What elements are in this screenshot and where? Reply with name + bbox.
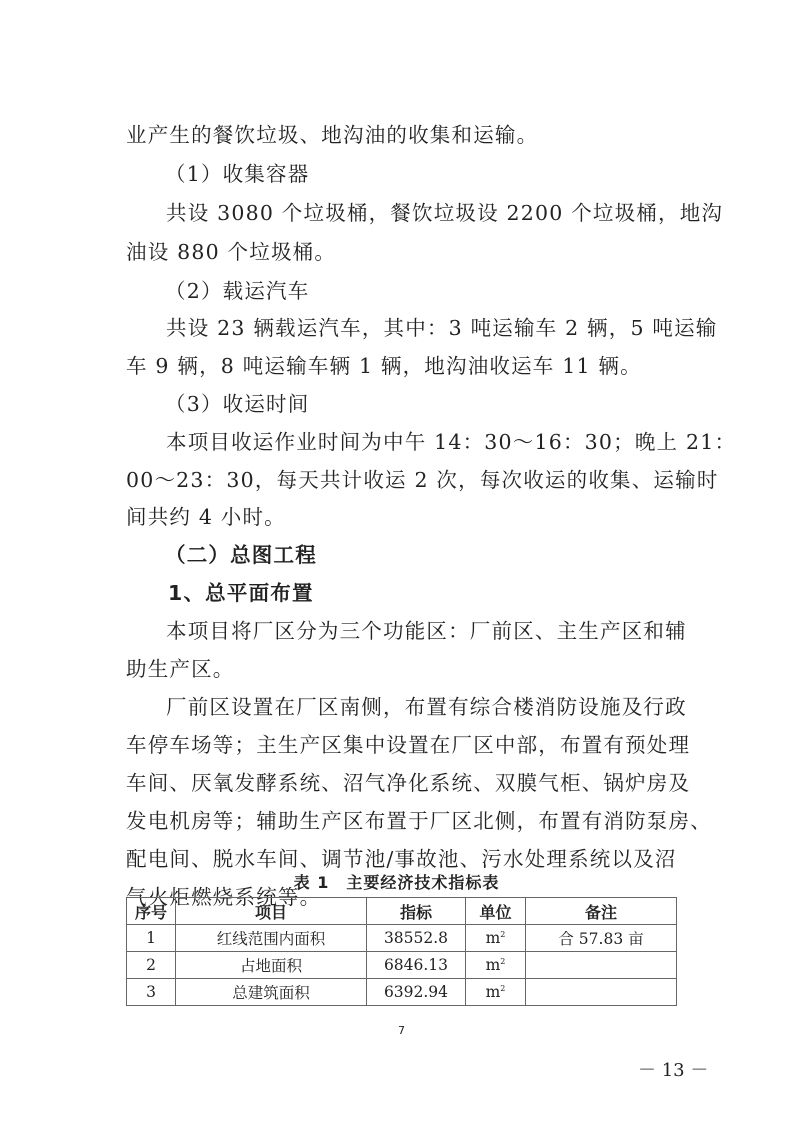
- text-line: 助生产区。: [126, 652, 235, 682]
- text-line: 共设 3080 个垃圾桶，餐饮垃圾设 2200 个垃圾桶，地沟: [166, 196, 723, 226]
- table-header-row: 序号 项目 指标 单位 备注: [127, 898, 677, 925]
- text-line: 本项目将厂区分为三个功能区：厂前区、主生产区和辅: [166, 614, 687, 644]
- cell-value: 38552.8: [367, 925, 466, 952]
- inner-page-number: 7: [398, 1024, 405, 1037]
- table-row: 2 占地面积 6846.13 m2: [127, 952, 677, 979]
- text-line: 油设 880 个垃圾桶。: [126, 235, 336, 265]
- text-line: 00～23：30，每天共计收运 2 次，每次收运的收集、运输时: [126, 463, 719, 493]
- text-line: 本项目收运作业时间为中午 14：30～16：30；晚上 21：: [166, 425, 736, 455]
- cell-note: [526, 952, 677, 979]
- header-unit: 单位: [466, 898, 526, 925]
- subheading-collection-containers: （1）收集容器: [165, 157, 309, 187]
- page-number: － 13 －: [638, 1056, 708, 1082]
- text-line: 车 9 辆，8 吨运输车辆 1 辆，地沟油收运车 11 辆。: [126, 349, 642, 379]
- table-row: 3 总建筑面积 6392.94 m2: [127, 979, 677, 1006]
- cell-value: 6392.94: [367, 979, 466, 1006]
- header-value: 指标: [367, 898, 466, 925]
- cell-unit: m2: [466, 979, 526, 1006]
- cell-item: 红线范围内面积: [176, 925, 367, 952]
- text-line: 业产生的餐饮垃圾、地沟油的收集和运输。: [126, 118, 538, 148]
- cell-note: 合 57.83 亩: [526, 925, 677, 952]
- cell-item: 占地面积: [176, 952, 367, 979]
- cell-no: 3: [127, 979, 176, 1006]
- header-item: 项目: [176, 898, 367, 925]
- cell-no: 1: [127, 925, 176, 952]
- header-no: 序号: [127, 898, 176, 925]
- table-row: 1 红线范围内面积 38552.8 m2 合 57.83 亩: [127, 925, 677, 952]
- cell-no: 2: [127, 952, 176, 979]
- cell-item: 总建筑面积: [176, 979, 367, 1006]
- indicators-table: 序号 项目 指标 单位 备注 1 红线范围内面积 38552.8 m2 合 57…: [126, 897, 677, 1006]
- subheading-transport-vehicles: （2）载运汽车: [165, 274, 309, 304]
- section-heading-site-plan: 1、总平面布置: [168, 576, 314, 606]
- text-line: 发电机房等；辅助生产区布置于厂区北侧，布置有消防泵房、: [126, 804, 712, 834]
- cell-unit: m2: [466, 952, 526, 979]
- section-heading-general-layout: （二）总图工程: [165, 538, 317, 568]
- text-line: 车停车场等；主生产区集中设置在厂区中部，布置有预处理: [126, 728, 690, 758]
- table-caption: 表 1 主要经济技术指标表: [0, 870, 793, 893]
- cell-unit: m2: [466, 925, 526, 952]
- text-line: 共设 23 辆载运汽车，其中：3 吨运输车 2 辆，5 吨运输: [166, 311, 718, 341]
- text-line: 厂前区设置在厂区南侧，布置有综合楼消防设施及行政: [166, 690, 687, 720]
- cell-value: 6846.13: [367, 952, 466, 979]
- subheading-collection-time: （3）收运时间: [165, 387, 309, 417]
- text-line: 间共约 4 小时。: [126, 500, 286, 530]
- cell-note: [526, 979, 677, 1006]
- text-line: 配电间、脱水车间、调节池/事故池、污水处理系统以及沼: [126, 842, 677, 872]
- text-line: 车间、厌氧发酵系统、沼气净化系统、双膜气柜、锅炉房及: [126, 766, 690, 796]
- header-note: 备注: [526, 898, 677, 925]
